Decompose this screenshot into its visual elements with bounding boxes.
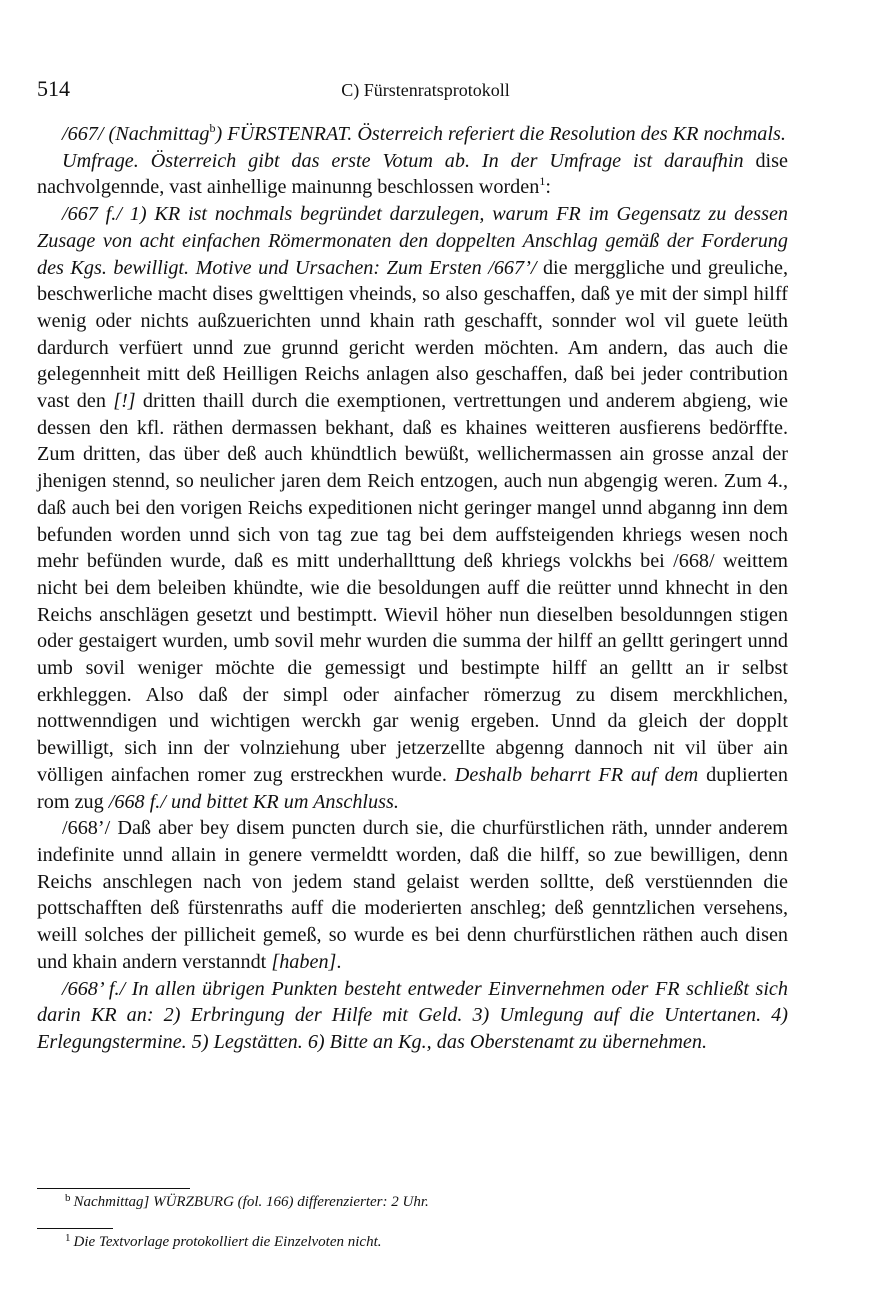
editorial-text: /667/ (Nachmittag	[62, 123, 209, 145]
editorial-text: [haben]	[271, 951, 336, 973]
footnote-text: Nachmittag] WÜRZBURG (fol. 166) differen…	[74, 1194, 429, 1210]
footnote-rule-letters	[37, 1188, 190, 1189]
editorial-text: ) FÜRSTENRAT. Österreich referiert die R…	[215, 123, 785, 145]
footnote-b: bNachmittag] WÜRZBURG (fol. 166) differe…	[65, 1194, 429, 1211]
paragraph-3: /667 f./ 1) KR ist nochmals begründet da…	[37, 201, 788, 815]
source-text: dritten thaill durch die exemptionen, ve…	[37, 390, 788, 786]
editorial-text: [!]	[113, 390, 135, 412]
editorial-text: /668’ f./ In allen übrigen Punkten beste…	[37, 978, 788, 1053]
paragraph-1: /667/ (Nachmittagb) FÜRSTENRAT. Österrei…	[37, 121, 788, 148]
main-text: /667/ (Nachmittagb) FÜRSTENRAT. Österrei…	[37, 121, 788, 1056]
source-text: :	[545, 176, 551, 198]
source-text: die merggliche und greuliche, beschwerli…	[37, 257, 788, 413]
paragraph-2: Umfrage. Österreich gibt das erste Votum…	[37, 148, 788, 201]
footnote-marker: 1	[65, 1232, 71, 1244]
footnote-1: 1Die Textvorlage protokolliert die Einze…	[65, 1234, 382, 1251]
paragraph-5: /668’ f./ In allen übrigen Punkten beste…	[37, 976, 788, 1056]
editorial-text: Deshalb beharrt FR auf dem	[455, 764, 698, 786]
source-text: /668’/ Daß aber bey disem puncten durch …	[37, 817, 788, 973]
paragraph-4: /668’/ Daß aber bey disem puncten durch …	[37, 815, 788, 975]
running-head: C) Fürstenratsprotokoll	[0, 80, 891, 101]
editorial-text: Umfrage. Österreich gibt das erste Votum…	[62, 150, 744, 172]
footnote-text: Die Textvorlage protokolliert die Einzel…	[74, 1234, 382, 1250]
footnote-rule-numbers	[37, 1228, 113, 1229]
source-text: .	[336, 951, 341, 973]
footnote-marker: b	[65, 1192, 71, 1204]
editorial-text: /668 f./ und bittet KR um Anschluss.	[109, 791, 399, 813]
